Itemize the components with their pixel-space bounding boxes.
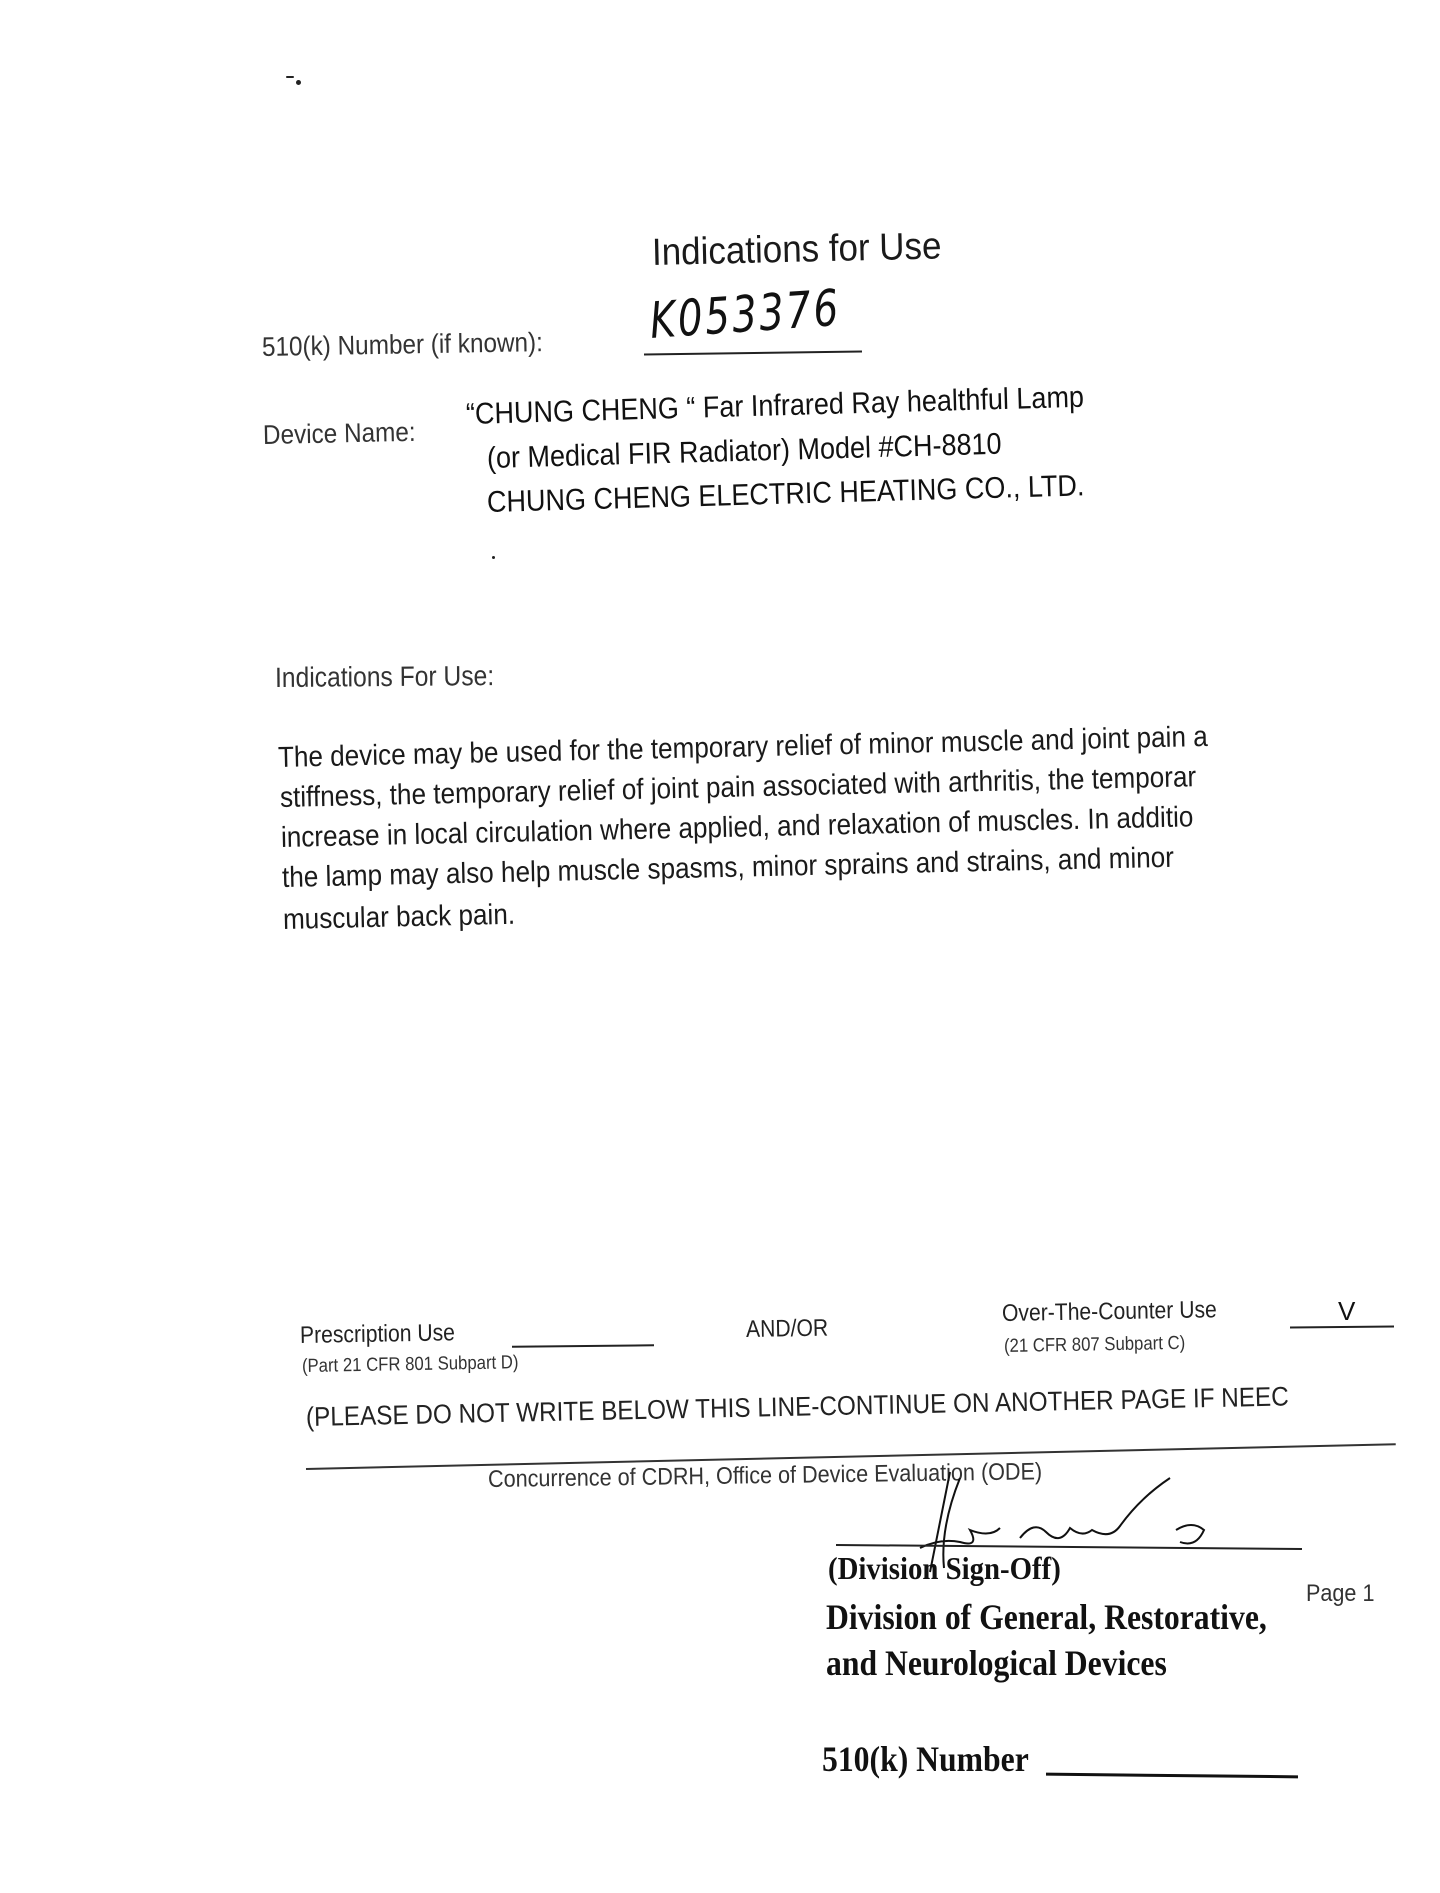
division-signoff-label: (Division Sign-Off) — [828, 1550, 1061, 1587]
prescription-use-label: Prescription Use — [300, 1319, 455, 1350]
otc-use-blank — [1290, 1326, 1394, 1329]
device-name-label: Device Name: — [263, 417, 416, 451]
scan-speck — [296, 80, 301, 85]
k-number-label: 510(k) Number (if known): — [262, 327, 543, 363]
device-manufacturer-line: CHUNG CHENG ELECTRIC HEATING CO., LTD. — [487, 469, 1085, 520]
scan-speck — [286, 76, 294, 78]
device-model-line: (or Medical FIR Radiator) Model #CH-8810 — [487, 428, 1002, 476]
do-not-write-notice: (PLEASE DO NOT WRITE BELOW THIS LINE-CON… — [306, 1381, 1289, 1433]
prescription-use-regulation: (Part 21 CFR 801 Subpart D) — [302, 1352, 519, 1378]
otc-use-label: Over-The-Counter Use — [1002, 1296, 1217, 1328]
page-number: Page 1 — [1306, 1580, 1374, 1608]
scan-speck — [492, 556, 495, 559]
k-number-footer-label: 510(k) Number — [822, 1738, 1029, 1780]
k-number-handwritten: K053376 — [648, 279, 842, 350]
indications-label: Indications For Use: — [275, 660, 494, 694]
page-title: Indications for Use — [652, 225, 942, 275]
prescription-use-blank — [512, 1344, 654, 1347]
device-name-line: “CHUNG CHENG “ Far Infrared Ray healthfu… — [466, 381, 1085, 432]
and-or-text: AND/OR — [746, 1315, 829, 1344]
otc-use-check-mark: V — [1338, 1296, 1355, 1327]
division-name-line: and Neurological Devices — [826, 1642, 1167, 1684]
otc-use-regulation: (21 CFR 807 Subpart C) — [1004, 1333, 1186, 1358]
k-number-footer-blank — [1046, 1773, 1298, 1779]
indications-text-line: muscular back pain. — [283, 899, 516, 937]
k-number-underline — [644, 350, 862, 355]
division-name-line: Division of General, Restorative, — [826, 1596, 1267, 1638]
